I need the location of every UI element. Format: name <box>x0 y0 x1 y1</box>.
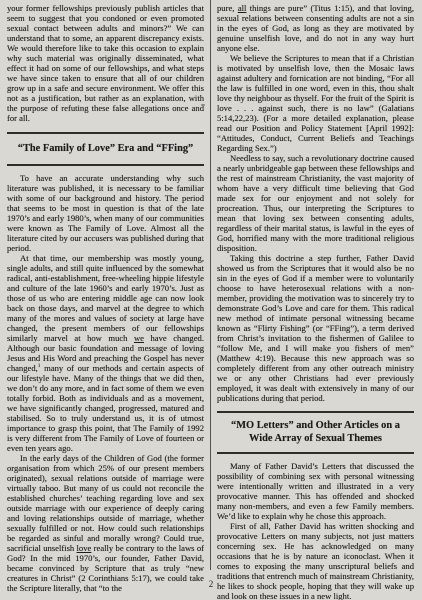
paragraph: Needless to say, such a revolutionary do… <box>217 153 414 253</box>
two-column-layout: your former fellowships previously publi… <box>0 0 422 600</box>
section-heading-mo-letters: “MO Letters” and Other Articles on a Wid… <box>217 411 414 454</box>
document-page: your former fellowships previously publi… <box>0 0 422 600</box>
text-segment: many of our methods and certain aspects … <box>7 363 204 453</box>
paragraph: To have an accurate understanding why su… <box>7 173 204 253</box>
paragraph-continuation: your former fellowships previously publi… <box>7 3 204 123</box>
paragraph-continuation: pure, all things are pure” (Titus 1:15),… <box>217 3 414 53</box>
paragraph: We believe the Scriptures to mean that i… <box>217 53 414 153</box>
left-column: your former fellowships previously publi… <box>7 3 204 593</box>
underlined-word: love <box>77 543 92 553</box>
right-column: pure, all things are pure” (Titus 1:15),… <box>217 3 414 600</box>
paragraph: In the early days of the Children of God… <box>7 453 204 593</box>
column-divider-rule <box>210 0 211 570</box>
paragraph: Many of Father David’s Letters that disc… <box>217 461 414 521</box>
text-segment: things are pure” (Titus 1:15), and that … <box>217 3 414 53</box>
text-segment: In the early days of the Children of God… <box>7 453 204 553</box>
paragraph: Taking this doctrine a step further, Fat… <box>217 253 414 403</box>
section-heading-text-line2: Wide Array of Sexual Themes <box>218 433 413 446</box>
page-number: 2 <box>0 579 422 589</box>
section-heading-text: “The Family of Love” Era and “FFing” <box>18 143 194 154</box>
paragraph: At that time, our membership was mostly … <box>7 253 204 453</box>
text-segment: At that time, our membership was mostly … <box>7 253 204 343</box>
scan-artifact <box>201 104 205 106</box>
section-heading-family-of-love-era: “The Family of Love” Era and “FFing” <box>7 132 204 166</box>
section-heading-text-line1: “MO Letters” and Other Articles on a <box>218 420 413 433</box>
underlined-word: we <box>134 333 144 343</box>
text-segment: pure, <box>217 3 238 13</box>
